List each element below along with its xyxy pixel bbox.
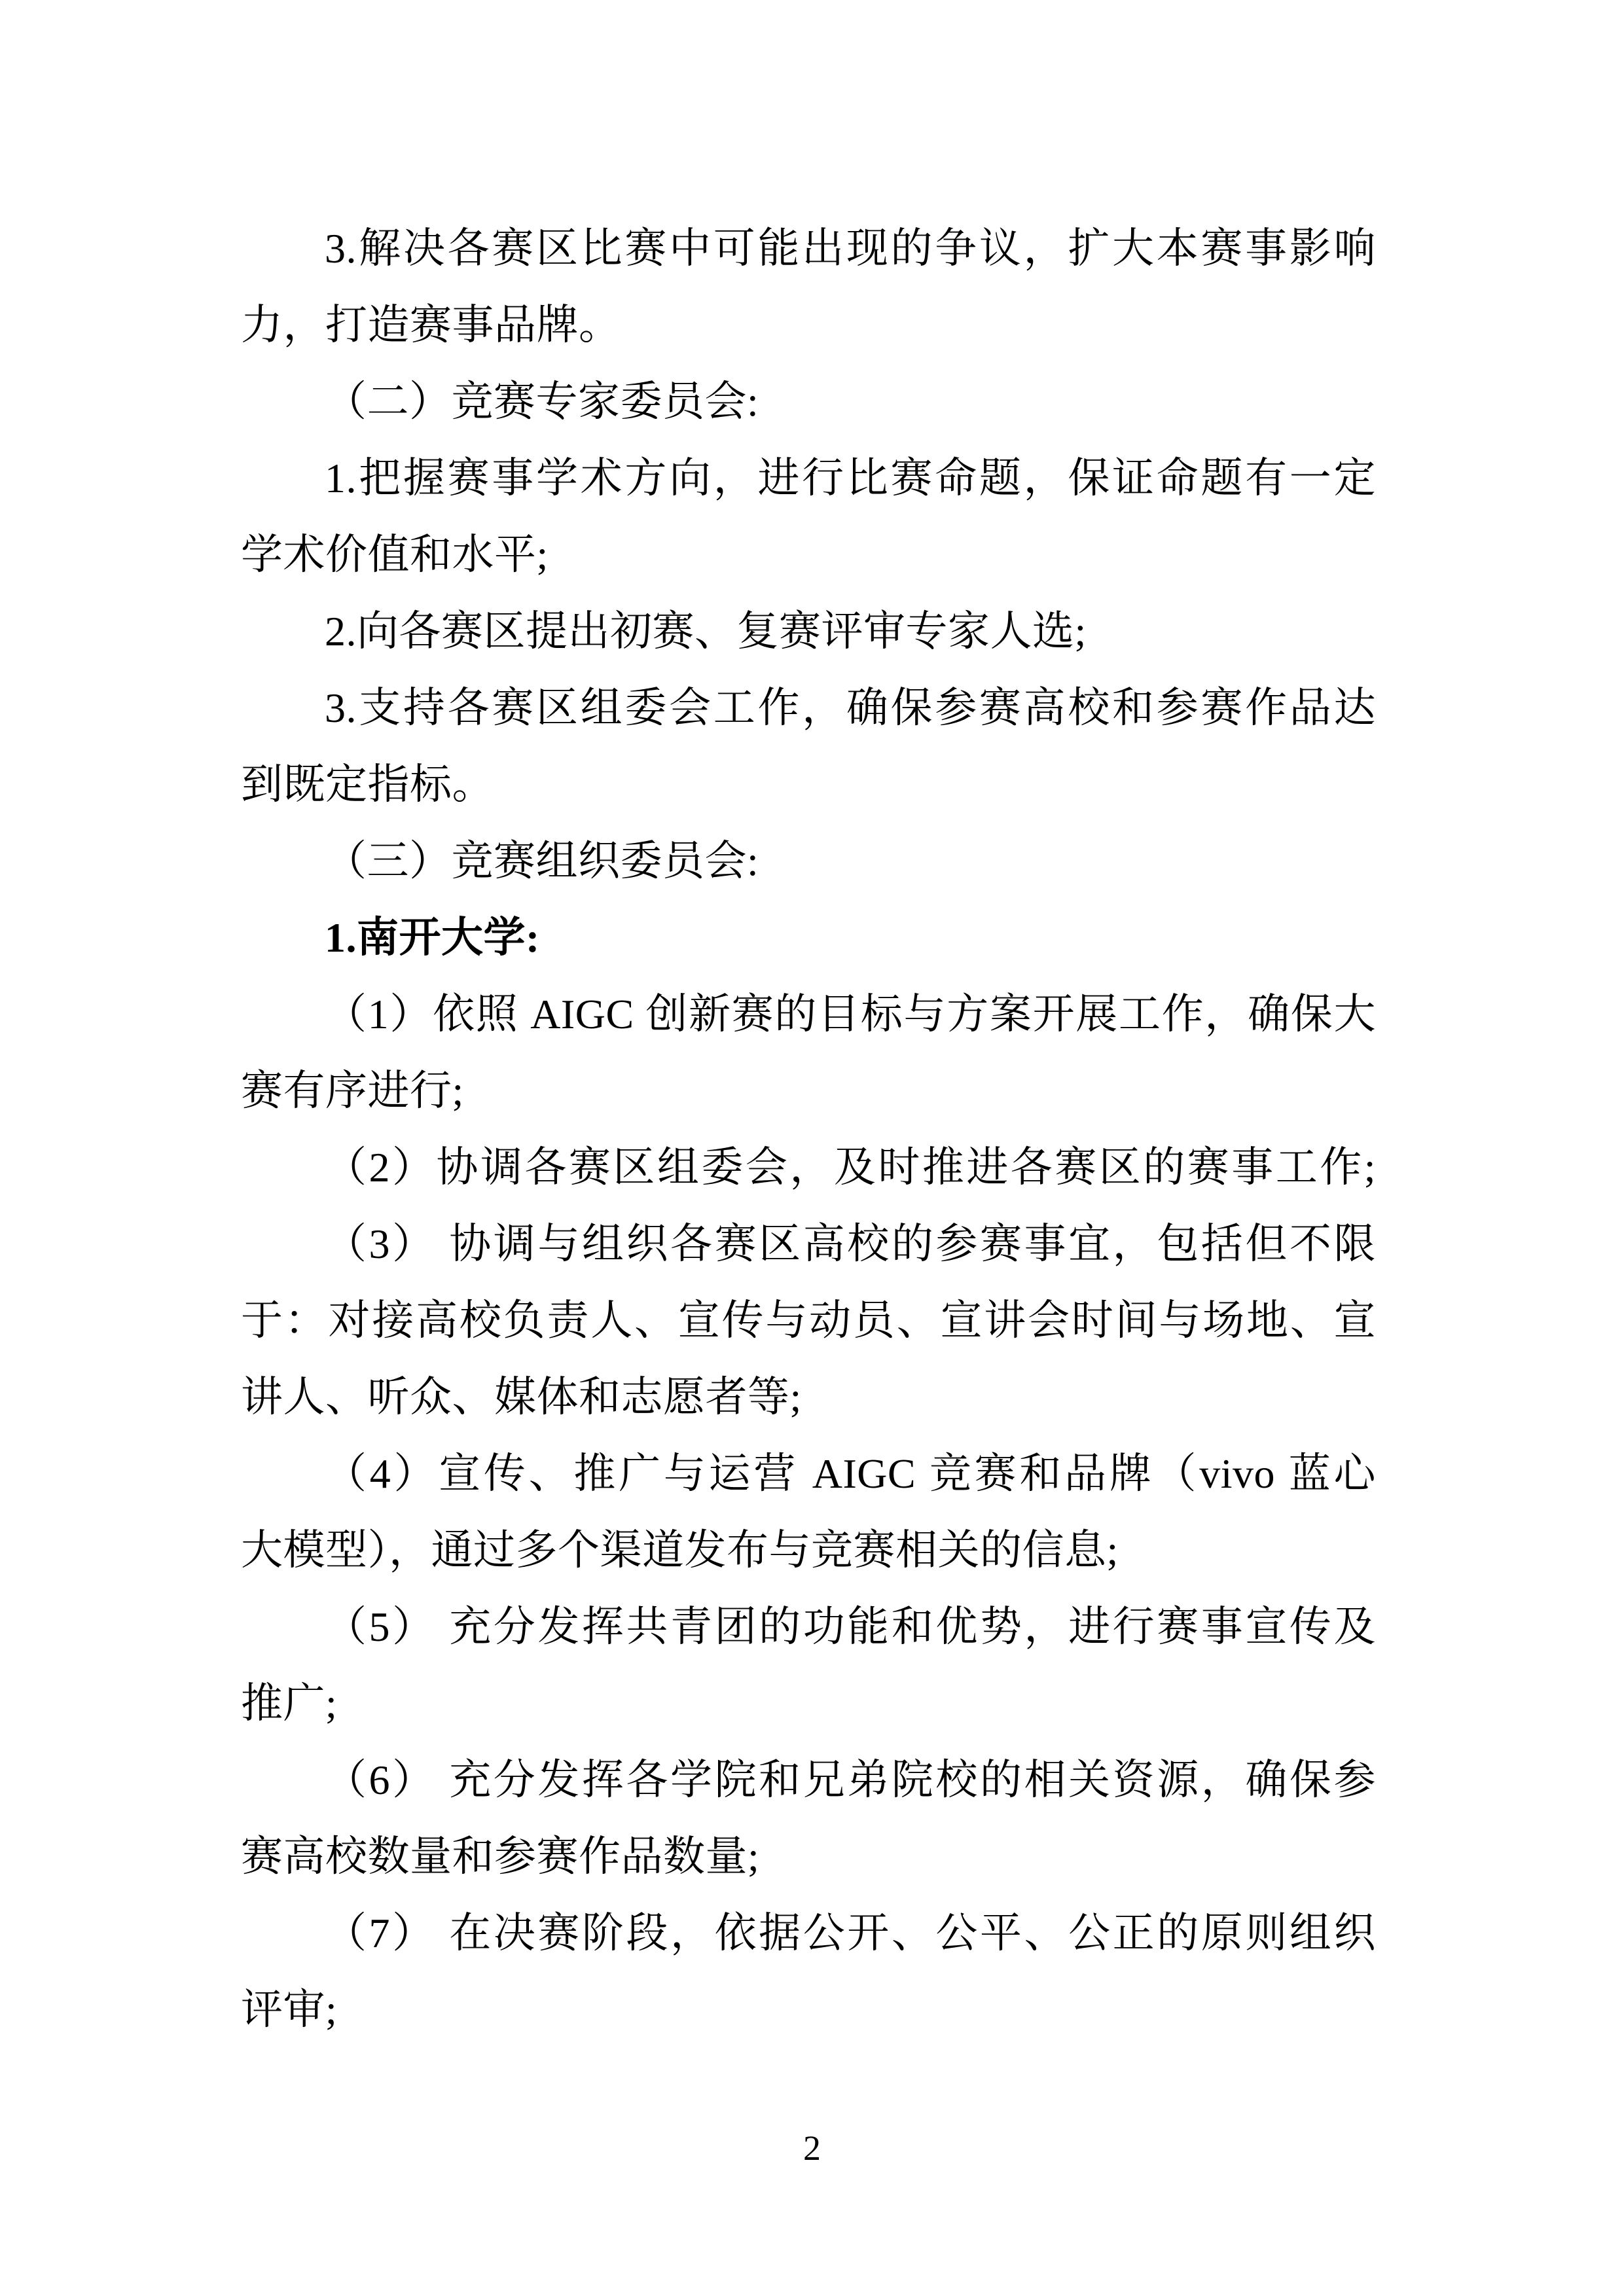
- text-line: 于：对接高校负责人、宣传与动员、宣讲会时间与场地、宣: [241, 1282, 1376, 1359]
- document-page: 3.解决各赛区比赛中可能出现的争议，扩大本赛事影响力，打造赛事品牌。（二）竞赛专…: [0, 0, 1624, 2296]
- text-line: 力，打造赛事品牌。: [241, 287, 1376, 363]
- text-line: 学术价值和水平;: [241, 516, 1376, 593]
- text-line: （1）依照 AIGC 创新赛的目标与方案开展工作，确保大: [241, 976, 1376, 1052]
- text-line: 2.向各赛区提出初赛、复赛评审专家人选;: [241, 593, 1376, 670]
- body-text: 3.解决各赛区比赛中可能出现的争议，扩大本赛事影响力，打造赛事品牌。（二）竞赛专…: [241, 210, 1376, 2048]
- text-line: （6） 充分发挥各学院和兄弟院校的相关资源，确保参: [241, 1742, 1376, 1818]
- text-line: 3.解决各赛区比赛中可能出现的争议，扩大本赛事影响: [241, 210, 1376, 287]
- text-line: （三）竞赛组织委员会:: [241, 823, 1376, 899]
- text-line: （3） 协调与组织各赛区高校的参赛事宜，包括但不限: [241, 1206, 1376, 1282]
- text-line: （7） 在决赛阶段，依据公开、公平、公正的原则组织: [241, 1895, 1376, 1971]
- text-line: （二）竞赛专家委员会:: [241, 363, 1376, 440]
- text-line: 到既定指标。: [241, 746, 1376, 823]
- text-line: 赛有序进行;: [241, 1052, 1376, 1129]
- text-line: （5） 充分发挥共青团的功能和优势，进行赛事宣传及: [241, 1588, 1376, 1665]
- text-line: 推广;: [241, 1665, 1376, 1742]
- text-line: 大模型），通过多个渠道发布与竞赛相关的信息;: [241, 1512, 1376, 1588]
- text-line: 1.把握赛事学术方向，进行比赛命题，保证命题有一定: [241, 440, 1376, 516]
- text-line: 讲人、听众、媒体和志愿者等;: [241, 1359, 1376, 1435]
- page-number: 2: [0, 2122, 1624, 2174]
- text-line: （4）宣传、推广与运营 AIGC 竞赛和品牌（vivo 蓝心: [241, 1435, 1376, 1512]
- text-line: 3.支持各赛区组委会工作，确保参赛高校和参赛作品达: [241, 670, 1376, 746]
- text-line: 评审;: [241, 1971, 1376, 2048]
- text-line: （2）协调各赛区组委会，及时推进各赛区的赛事工作;: [241, 1129, 1376, 1206]
- text-line: 赛高校数量和参赛作品数量;: [241, 1818, 1376, 1895]
- text-line: 1.南开大学:: [241, 899, 1376, 976]
